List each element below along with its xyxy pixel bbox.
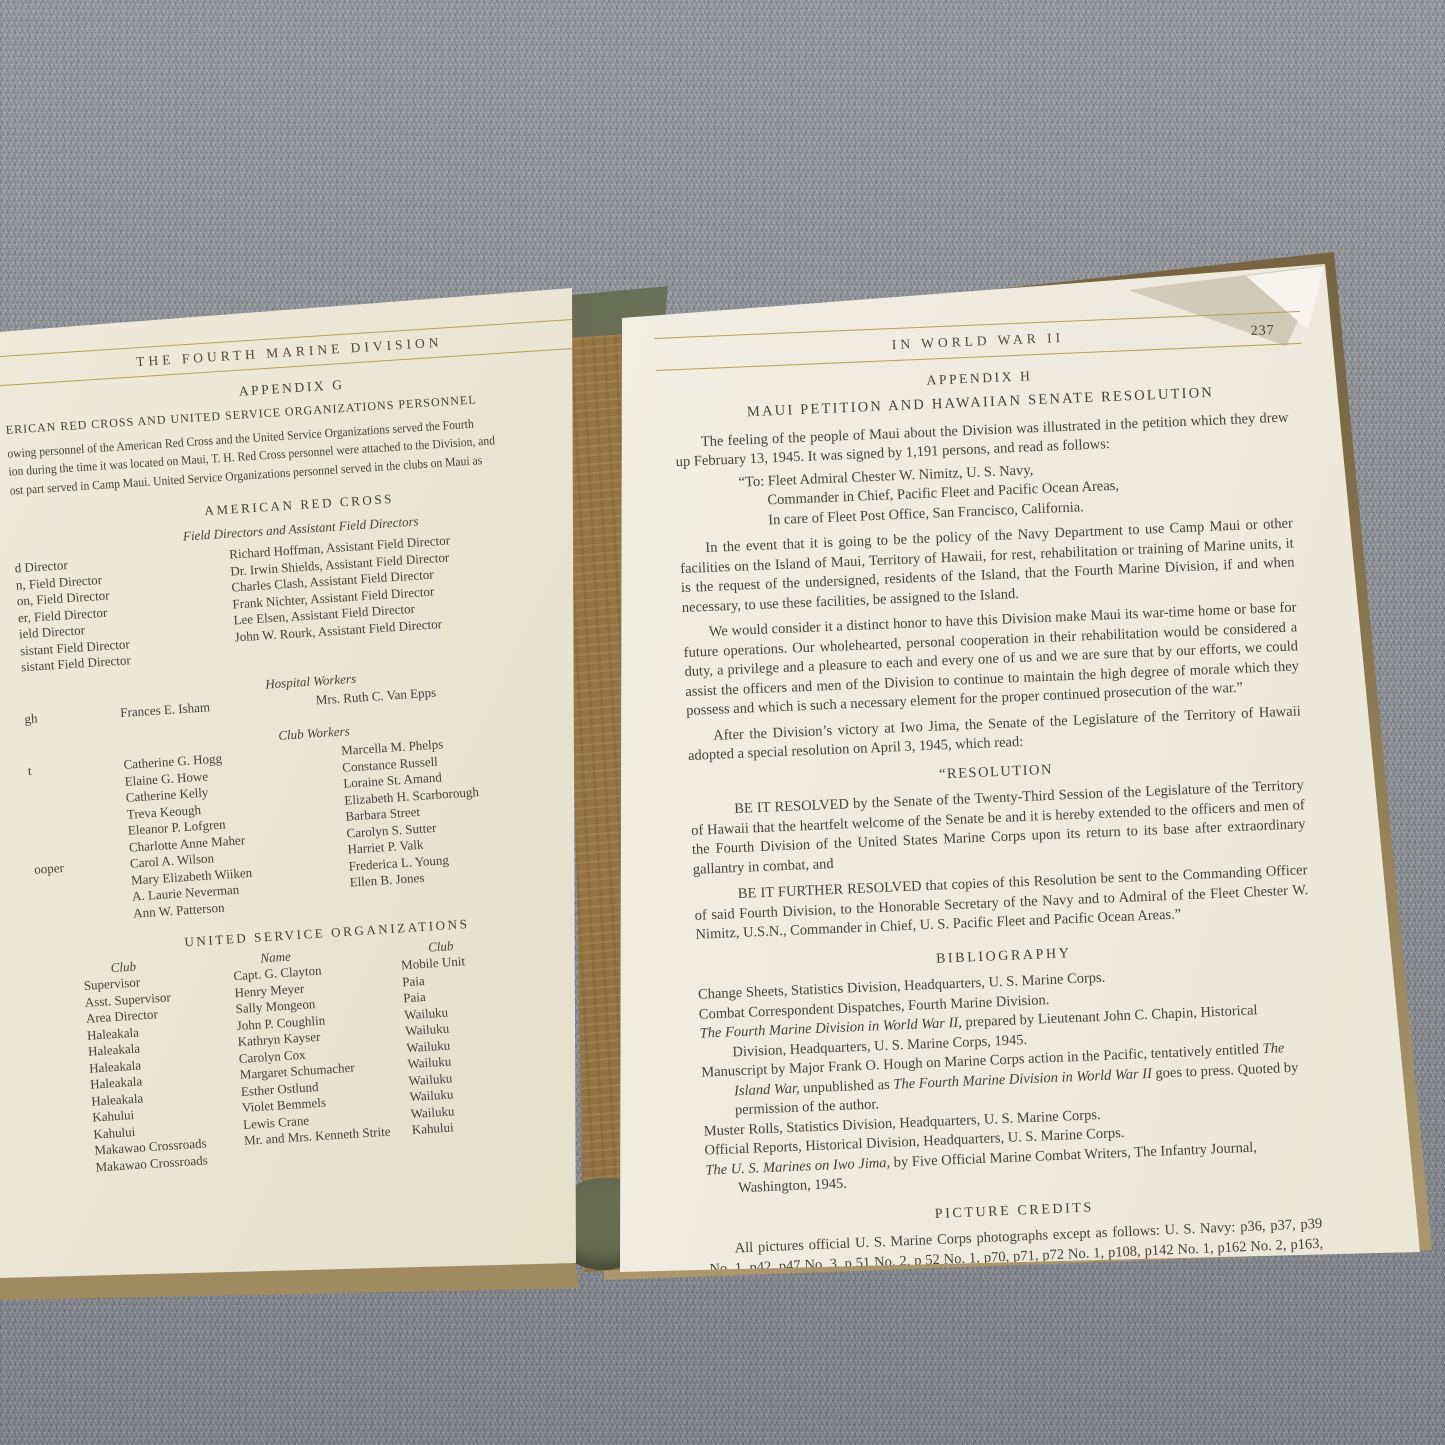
credits-text: p75 No. 3, p76 No. 1. U. S. Army: p161. … bbox=[712, 1274, 1325, 1335]
club-workers-list: tCatherine G. HoggMarcella M. PhelpsElai… bbox=[27, 726, 612, 928]
petition-paragraph: We would consider it a distinct honor to… bbox=[683, 598, 1301, 721]
page-number: 237 bbox=[1250, 321, 1275, 341]
left-page: THE FOURTH MARINE DIVISION APPENDIX G ER… bbox=[0, 285, 582, 1285]
field-directors-right-column: Richard Hoffman, Assistant Field Directo… bbox=[229, 523, 597, 662]
publication-title-italic: Life: bbox=[1204, 1278, 1232, 1295]
uso-table: ClubNameClubSupervisorCapt. G. ClaytonMo… bbox=[82, 927, 629, 1176]
picture-credits-paragraph: All pictures official U. S. Marine Corps… bbox=[708, 1215, 1326, 1338]
bibliography-list: Change Sheets, Statistics Division, Head… bbox=[698, 960, 1320, 1200]
bibliography-text: unpublished as bbox=[799, 1076, 893, 1096]
field-directors-left-column: d Directorn, Field Directoron, Field Dir… bbox=[14, 547, 236, 676]
credits-text: All pictures official U. S. Marine Corps… bbox=[709, 1216, 1324, 1316]
open-book: THE FOURTH MARINE DIVISION APPENDIX G ER… bbox=[0, 0, 1445, 1445]
right-page: IN WORLD WAR II 237 APPENDIX H MAUI PETI… bbox=[608, 248, 1444, 1288]
hospital-worker-fragment: gh bbox=[24, 705, 121, 728]
